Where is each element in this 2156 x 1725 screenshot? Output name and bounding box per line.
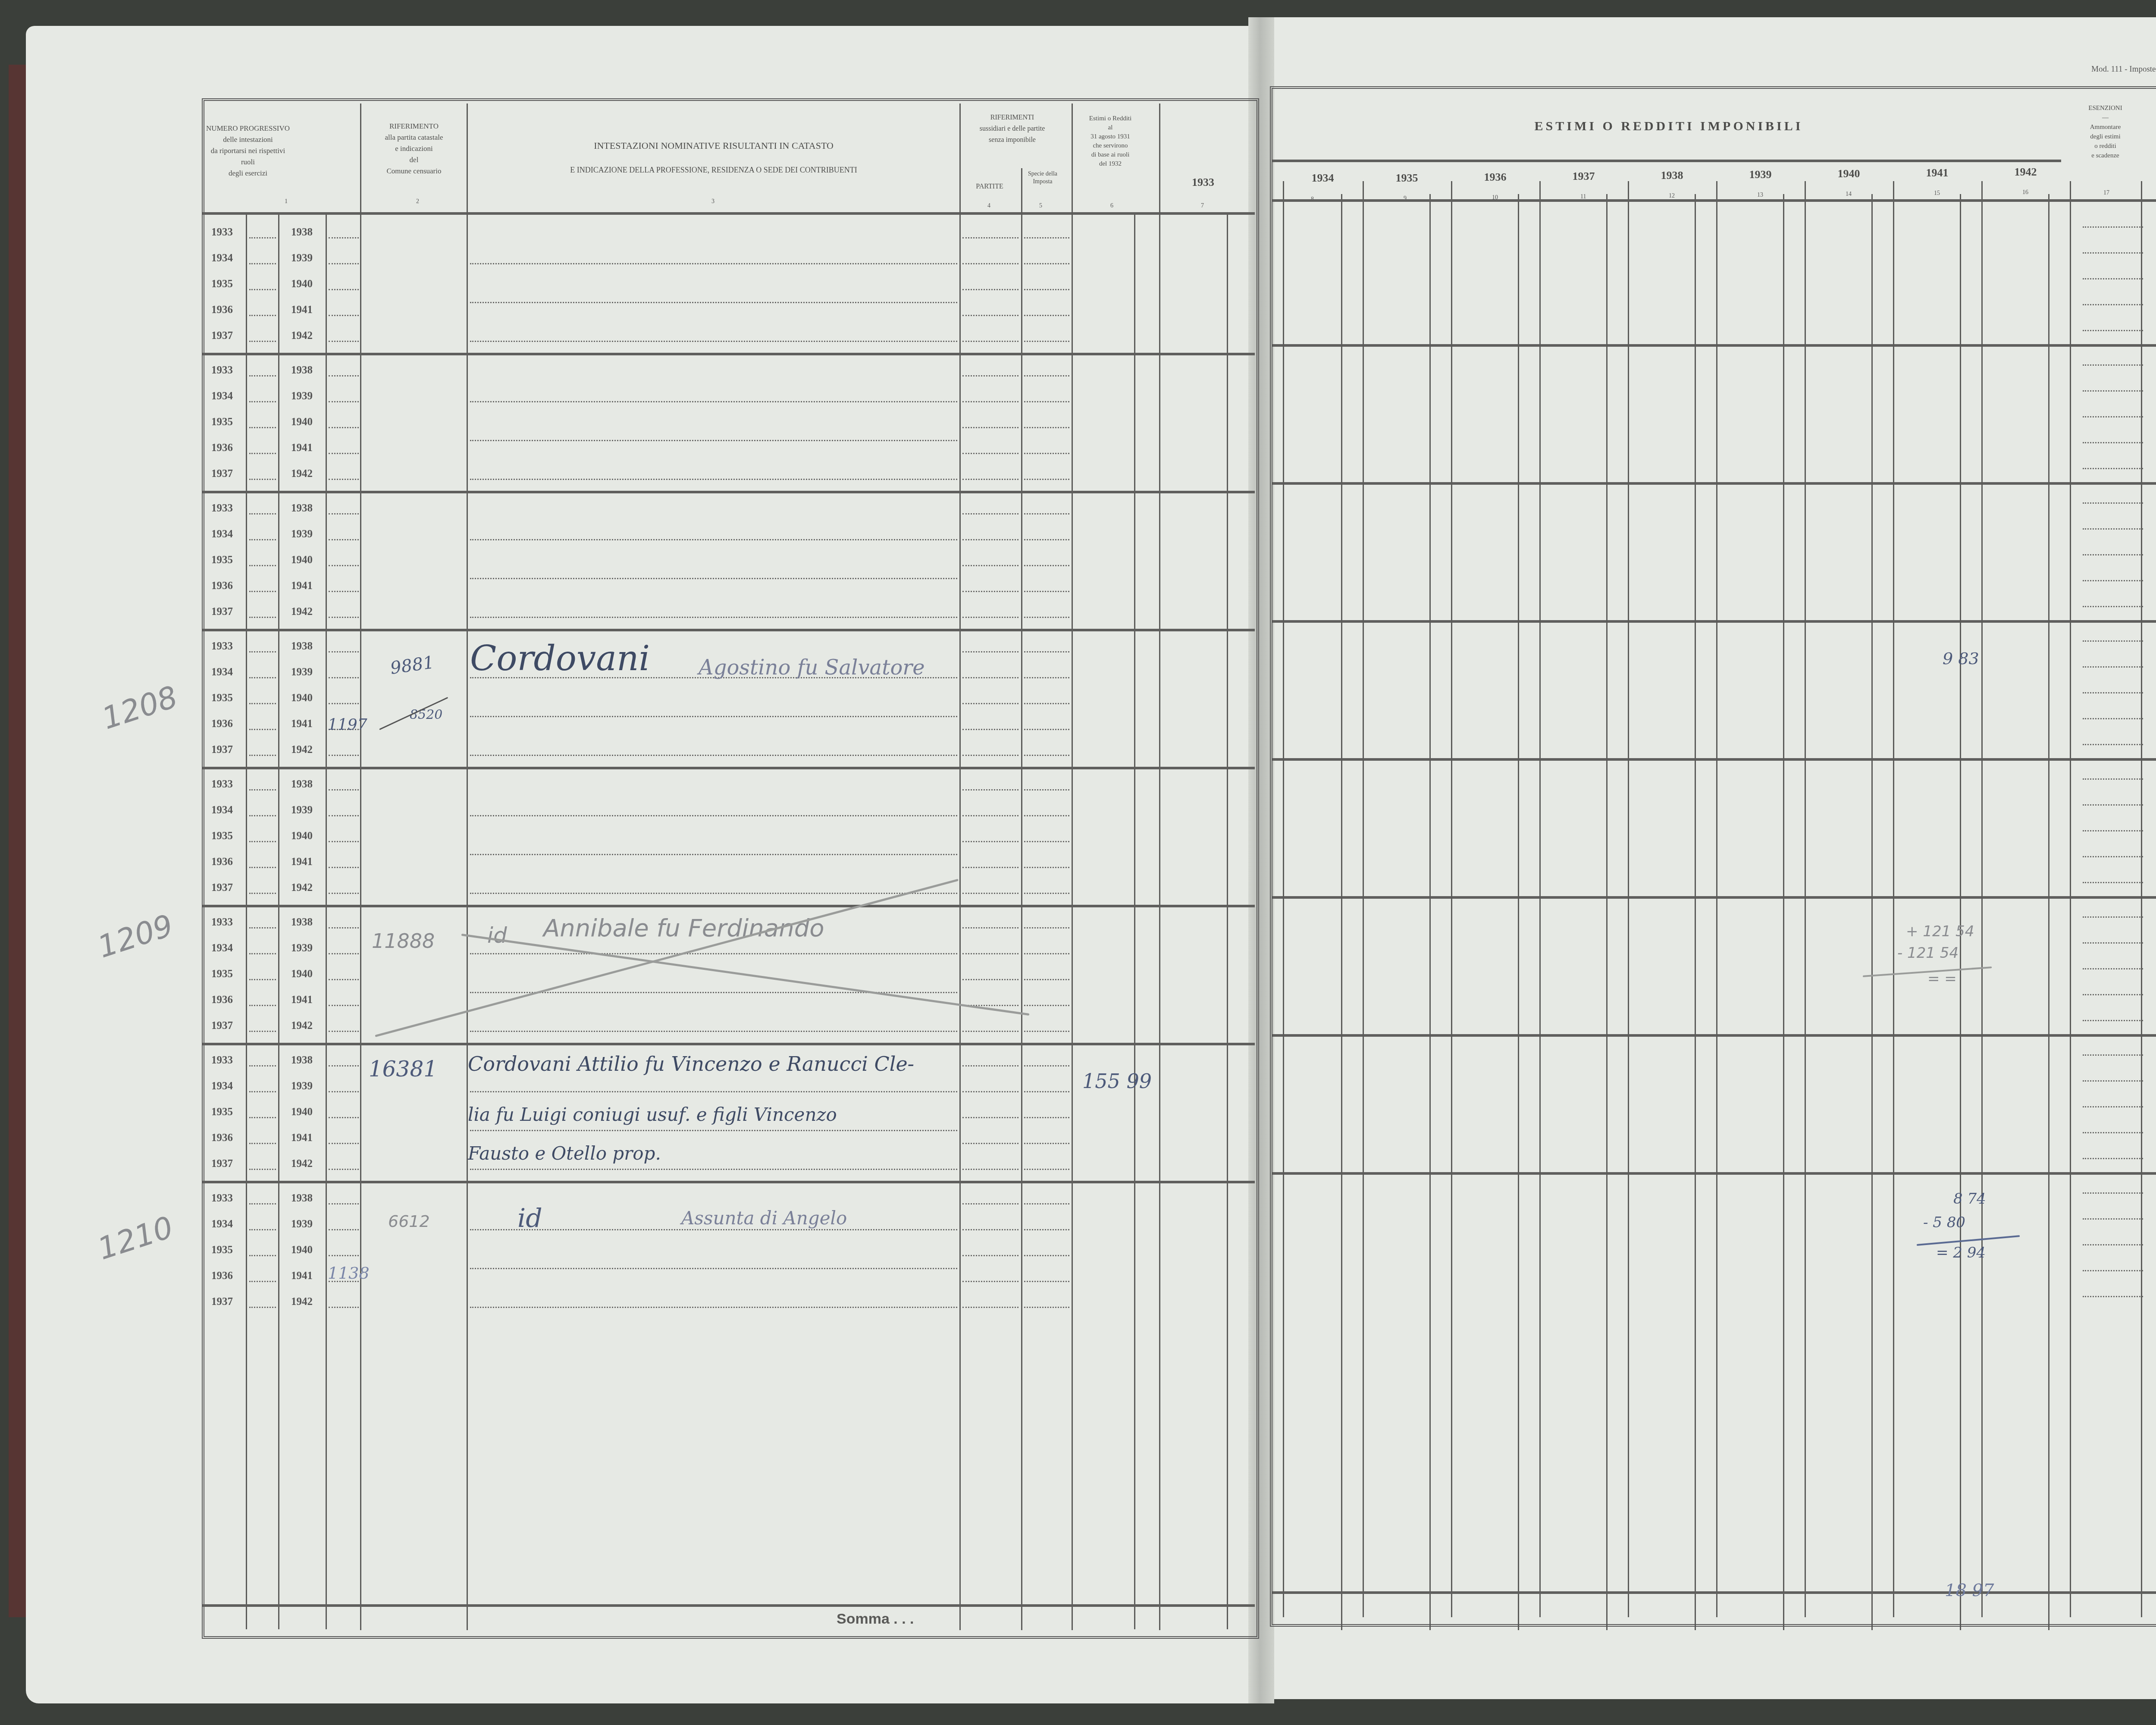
dotted-rule [249,1281,276,1282]
dotted-rule [329,539,359,540]
dotted-rule [329,263,359,264]
year-label: 1935 [211,692,233,704]
year-label: 1933 [211,364,233,376]
year-label: 1937 [211,468,233,480]
dotted-rule [1024,565,1069,566]
dotted-rule [329,591,359,592]
header-col6-line: del 1932 [1065,160,1156,169]
year-label: 1935 [211,1244,233,1256]
year-header: 1934 [1283,172,1363,184]
year-label: 1938 [291,364,313,376]
dotted-rule [1024,479,1069,480]
year-label: 1933 [211,502,233,514]
year-label: 1939 [291,1218,313,1230]
dotted-rule [962,841,1018,842]
dotted-rule [329,1091,359,1092]
year-header: 1941 [1893,167,1981,179]
header-col45-line: sussidiari e delle partite [959,123,1065,135]
header-col3-title: INTESTAZIONI NOMINATIVE RISULTANTI IN CA… [468,140,959,151]
dotted-rule [962,867,1018,868]
dotted-rule [470,302,957,303]
side-note: 1197 [328,716,367,734]
somma-rule [203,1604,1255,1607]
esenzioni-title: ESENZIONI [2070,103,2141,113]
dotted-rule [249,341,276,342]
dotted-rule [249,1169,276,1170]
block-separator [203,905,1255,907]
dotted-rule [329,617,359,618]
column-divider [1021,168,1022,1630]
year-label: 1938 [291,226,313,238]
col-number: 6 [1110,203,1113,210]
col-number: 16 [2022,189,2028,196]
year-label: 1942 [291,744,313,756]
block-separator [203,767,1255,769]
owner-line-2: lia fu Luigi coniugi usuf. e figli Vince… [468,1104,837,1125]
dotted-rule [470,1229,957,1230]
dotted-rule [329,703,359,704]
calc-line: 8 74 [1953,1190,1986,1207]
dotted-rule [962,1031,1018,1032]
dotted-rule [329,867,359,868]
owner-line-1: Cordovani Attilio fu Vincenzo e Ranucci … [468,1052,914,1076]
column-divider [1072,103,1073,1630]
dotted-rule [249,1031,276,1032]
dotted-rule [470,401,957,402]
year-label: 1935 [211,830,233,842]
year-label: 1935 [211,1106,233,1118]
dotted-rule [249,1065,276,1066]
year-label: 1933 [211,226,233,238]
dotted-rule [1024,289,1069,290]
year-label: 1942 [291,1296,313,1308]
year-label: 1940 [291,830,313,842]
dotted-rule [1024,867,1069,868]
year-label: 1934 [211,252,233,264]
header-col4: PARTITE [959,181,1020,192]
dotted-rule [962,651,1018,652]
dotted-rule [962,513,1018,514]
header-col5: Specie della Imposta [1021,170,1064,186]
given-name-detail: Agostino fu Salvatore [699,655,925,680]
header-col1-title: NUMERO PROGRESSIVO [205,123,291,134]
dotted-rule [249,1005,276,1006]
column-divider [278,215,279,1629]
year-label: 1935 [211,278,233,290]
year-label: 1940 [291,278,313,290]
reference-id: id [487,923,507,948]
esenzioni-line: — [2070,113,2141,122]
dotted-rule [249,1307,276,1308]
dotted-rule [470,578,957,579]
year-header: 1939 [1716,169,1805,180]
dotted-rule [1024,729,1069,730]
dotted-rule [470,479,957,480]
year-label: 1937 [211,882,233,894]
year-label: 1937 [211,1296,233,1308]
dotted-rule [470,1268,957,1269]
dotted-rule [1024,375,1069,376]
dotted-rule [1024,651,1069,652]
estimo-1931-value: 155 99 [1082,1069,1152,1093]
year-label: 1936 [211,994,233,1006]
dotted-rule [249,565,276,566]
calc-line: = = [1927,970,1957,988]
year-label: 1942 [291,606,313,618]
dotted-rule [249,979,276,980]
header-col2: RIFERIMENTO alla partita catastale e ind… [362,121,466,177]
year-label: 1938 [291,1054,313,1066]
header-col3: INTESTAZIONI NOMINATIVE RISULTANTI IN CA… [468,140,959,176]
dotted-rule [962,539,1018,540]
partita-number: 11888 [372,929,435,953]
year-label: 1936 [211,856,233,868]
dotted-rule [329,1169,359,1170]
year-label: 1940 [291,1106,313,1118]
dotted-rule [470,1130,957,1131]
year-label: 1934 [211,804,233,816]
dotted-rule [470,263,957,264]
header-annotazioni: ANNOTAZIONI [2141,134,2156,145]
dotted-rule [329,1117,359,1118]
dotted-rule [249,893,276,894]
dotted-rule [470,1169,957,1170]
header-col1-line: da riportarsi nei rispettivi ruoli [205,145,291,168]
header-col1-line: delle intestazioni [205,134,291,145]
dotted-rule [470,341,957,342]
dotted-rule [1024,677,1069,678]
year-label: 1940 [291,968,313,980]
dotted-rule [249,729,276,730]
year-label: 1942 [291,1020,313,1032]
dotted-rule [470,815,957,816]
block-separator [203,491,1255,493]
header-col2-line: Comune censuario [362,166,466,177]
col-number: 12 [1669,193,1675,200]
col-number: 4 [987,203,990,210]
dotted-rule [329,341,359,342]
dotted-rule [329,453,359,454]
esenzioni-line: o redditi [2070,141,2141,151]
column-divider [959,103,961,1630]
year-label: 1933 [211,1054,233,1066]
somma-label: Somma . . . [837,1611,914,1628]
dotted-rule [1024,1255,1069,1256]
dotted-rule [470,854,957,855]
dotted-rule [249,1091,276,1092]
estimi-group-title: ESTIMI O REDDITI IMPONIBILI [1276,121,2061,132]
year-label: 1933 [211,778,233,790]
year-label: 1936 [211,1270,233,1282]
dotted-rule [470,953,957,954]
dotted-rule [962,427,1018,428]
calc-line: - 121 54 [1897,944,1959,962]
dotted-rule [249,513,276,514]
column-divider [1227,215,1228,1629]
somma-1941-total: 18 97 [1945,1581,1994,1600]
year-label: 1936 [211,304,233,316]
year-label: 1937 [211,744,233,756]
col-number: 15 [1934,190,1940,197]
col-number: 3 [711,198,714,205]
col-number: 13 [1757,192,1763,199]
year-label: 1939 [291,804,313,816]
dotted-rule [962,1203,1018,1204]
dotted-rule [962,893,1018,894]
dotted-rule [249,617,276,618]
dotted-rule [962,341,1018,342]
dotted-rule [249,867,276,868]
dotted-rule [249,1255,276,1256]
dotted-rule [470,617,957,618]
block-separator [203,353,1255,355]
dotted-rule [1024,591,1069,592]
dotted-rule [962,703,1018,704]
year-label: 1934 [211,390,233,402]
year-label: 1939 [291,528,313,540]
dotted-rule [962,1229,1018,1230]
dotted-rule [962,565,1018,566]
dotted-rule [962,375,1018,376]
year-label: 1937 [211,1158,233,1170]
col-number: 17 [2103,190,2109,197]
dotted-rule [962,263,1018,264]
dotted-rule [329,237,359,238]
year-label: 1941 [291,304,313,316]
year-label: 1941 [291,580,313,592]
dotted-rule [1024,755,1069,756]
esenzioni-line: degli estimi [2070,132,2141,141]
dotted-rule [1024,815,1069,816]
right-register-table [1270,86,2156,1627]
partita-number: 16381 [369,1057,437,1082]
dotted-rule [962,453,1018,454]
year-label: 1933 [211,1192,233,1204]
dotted-rule [1024,617,1069,618]
year-label: 1933 [211,916,233,928]
dotted-rule [1024,927,1069,928]
year-label: 1939 [291,666,313,678]
year-label: 1938 [291,778,313,790]
dotted-rule [249,841,276,842]
dotted-rule [329,677,359,678]
dotted-rule [249,953,276,954]
year-label: 1941 [291,718,313,730]
dotted-rule [249,755,276,756]
dotted-rule [249,703,276,704]
year-label: 1934 [211,528,233,540]
header-rule [1272,160,2061,162]
dotted-rule [329,651,359,652]
year-label: 1941 [291,856,313,868]
header-col2-title: RIFERIMENTO [362,121,466,132]
dotted-rule [329,1307,359,1308]
year-label: 1936 [211,1132,233,1144]
dotted-rule [249,651,276,652]
calc-line: - 5 80 [1923,1214,1965,1231]
year-header: 1940 [1805,168,1893,179]
year-label: 1934 [211,666,233,678]
dotted-rule [249,263,276,264]
dotted-rule [249,375,276,376]
dotted-rule [1024,1281,1069,1282]
dotted-rule [329,1255,359,1256]
year-label: 1937 [211,1020,233,1032]
dotted-rule [329,565,359,566]
year-label: 1934 [211,1218,233,1230]
header-col3-subtitle: E INDICAZIONE DELLA PROFESSIONE, RESIDEN… [468,164,959,176]
header-col6-line: al [1065,123,1156,132]
year-label: 1938 [291,1192,313,1204]
dotted-rule [962,789,1018,790]
dotted-rule [1024,1005,1069,1006]
year-label: 1939 [291,1080,313,1092]
year-label: 1938 [291,916,313,928]
form-label: Mod. 111 - Imposte Dirette (Intercalare)… [2091,65,2156,74]
col-number: 7 [1201,203,1204,210]
year-header: 1942 [1981,166,2070,178]
header-rule [1272,199,2156,202]
column-divider [246,215,247,1629]
reference-id: id [517,1203,542,1233]
header-col6: Estimi o Redditi al 31 agosto 1931 che s… [1065,114,1156,169]
dotted-rule [329,755,359,756]
dotted-rule [249,315,276,316]
dotted-rule [1024,1229,1069,1230]
dotted-rule [329,315,359,316]
col-number: 1 [285,198,288,205]
dotted-rule [1024,953,1069,954]
header-col2-line: alla partita catastale [362,132,466,143]
dotted-rule [470,1307,957,1308]
dotted-rule [1024,513,1069,514]
dotted-rule [1024,427,1069,428]
dotted-rule [249,427,276,428]
column-divider [326,215,327,1629]
dotted-rule [470,716,957,717]
block-separator [203,1043,1255,1045]
dotted-rule [1024,1307,1069,1308]
year-label: 1941 [291,1132,313,1144]
dotted-rule [962,591,1018,592]
dotted-rule [1024,1031,1069,1032]
dotted-rule [1024,539,1069,540]
dotted-rule [329,1065,359,1066]
dotted-rule [249,401,276,402]
dotted-rule [962,729,1018,730]
dotted-rule [329,1005,359,1006]
year-label: 1939 [291,252,313,264]
dotted-rule [470,893,957,894]
dotted-rule [962,237,1018,238]
year-header: 1935 [1363,172,1451,184]
dotted-rule [1024,453,1069,454]
year-label: 1942 [291,882,313,894]
partita-number: 6612 [388,1212,430,1231]
dotted-rule [249,479,276,480]
column-divider [1134,215,1135,1629]
header-esenzioni: ESENZIONI — Ammontare degli estimi o red… [2070,103,2141,160]
owner-line-3: Fausto e Otello prop. [468,1143,661,1164]
dotted-rule [1024,1091,1069,1092]
year-label: 1940 [291,416,313,428]
value-1941-block3: 9 83 [1943,649,1979,668]
year-label: 1940 [291,1244,313,1256]
dotted-rule [329,841,359,842]
dotted-rule [249,237,276,238]
dotted-rule [962,289,1018,290]
dotted-rule [329,479,359,480]
header-col2-line: del [362,154,466,166]
calc-line: = 2 94 [1936,1244,1986,1261]
dotted-rule [249,1117,276,1118]
col-number: 2 [416,198,419,205]
dotted-rule [962,315,1018,316]
dotted-rule [962,979,1018,980]
dotted-rule [249,815,276,816]
header-col6-title: Estimi o Redditi [1065,114,1156,123]
col-number: 5 [1039,203,1042,210]
book-spine [9,65,26,1617]
year-label: 1939 [291,390,313,402]
header-col45-line: senza imponibile [959,135,1065,146]
dotted-rule [249,289,276,290]
column-divider [360,103,361,1630]
header-col2-line: e indicazioni [362,143,466,154]
dotted-rule [1024,1117,1069,1118]
dotted-rule [962,815,1018,816]
year-label: 1935 [211,968,233,980]
dotted-rule [329,815,359,816]
dotted-rule [249,927,276,928]
dotted-rule [329,401,359,402]
dotted-rule [962,1281,1018,1282]
dotted-rule [470,755,957,756]
year-label: 1935 [211,416,233,428]
dotted-rule [249,453,276,454]
col-number: 14 [1846,191,1852,198]
year-label: 1936 [211,718,233,730]
dotted-rule [329,979,359,980]
esenzioni-line: Ammontare [2070,122,2141,132]
dotted-rule [329,1229,359,1230]
year-label: 1942 [291,468,313,480]
dotted-rule [329,289,359,290]
dotted-rule [962,1091,1018,1092]
dotted-rule [470,440,957,441]
dotted-rule [1024,263,1069,264]
surname: Cordovani [470,638,650,678]
year-label: 1937 [211,606,233,618]
dotted-rule [1024,979,1069,980]
year-label: 1942 [291,330,313,342]
dotted-rule [329,375,359,376]
dotted-rule [1024,1169,1069,1170]
dotted-rule [470,539,957,540]
dotted-rule [249,591,276,592]
dotted-rule [470,1091,957,1092]
side-note: 1138 [328,1264,370,1283]
year-label: 1935 [211,554,233,566]
dotted-rule [1024,1065,1069,1066]
dotted-rule [1024,703,1069,704]
header-col1: NUMERO PROGRESSIVO delle intestazioni da… [205,123,291,179]
header-col45: RIFERIMENTI sussidiari e delle partite s… [959,112,1065,146]
year-label: 1939 [291,942,313,954]
dotted-rule [329,953,359,954]
year-label: 1941 [291,994,313,1006]
column-divider [1159,103,1160,1630]
